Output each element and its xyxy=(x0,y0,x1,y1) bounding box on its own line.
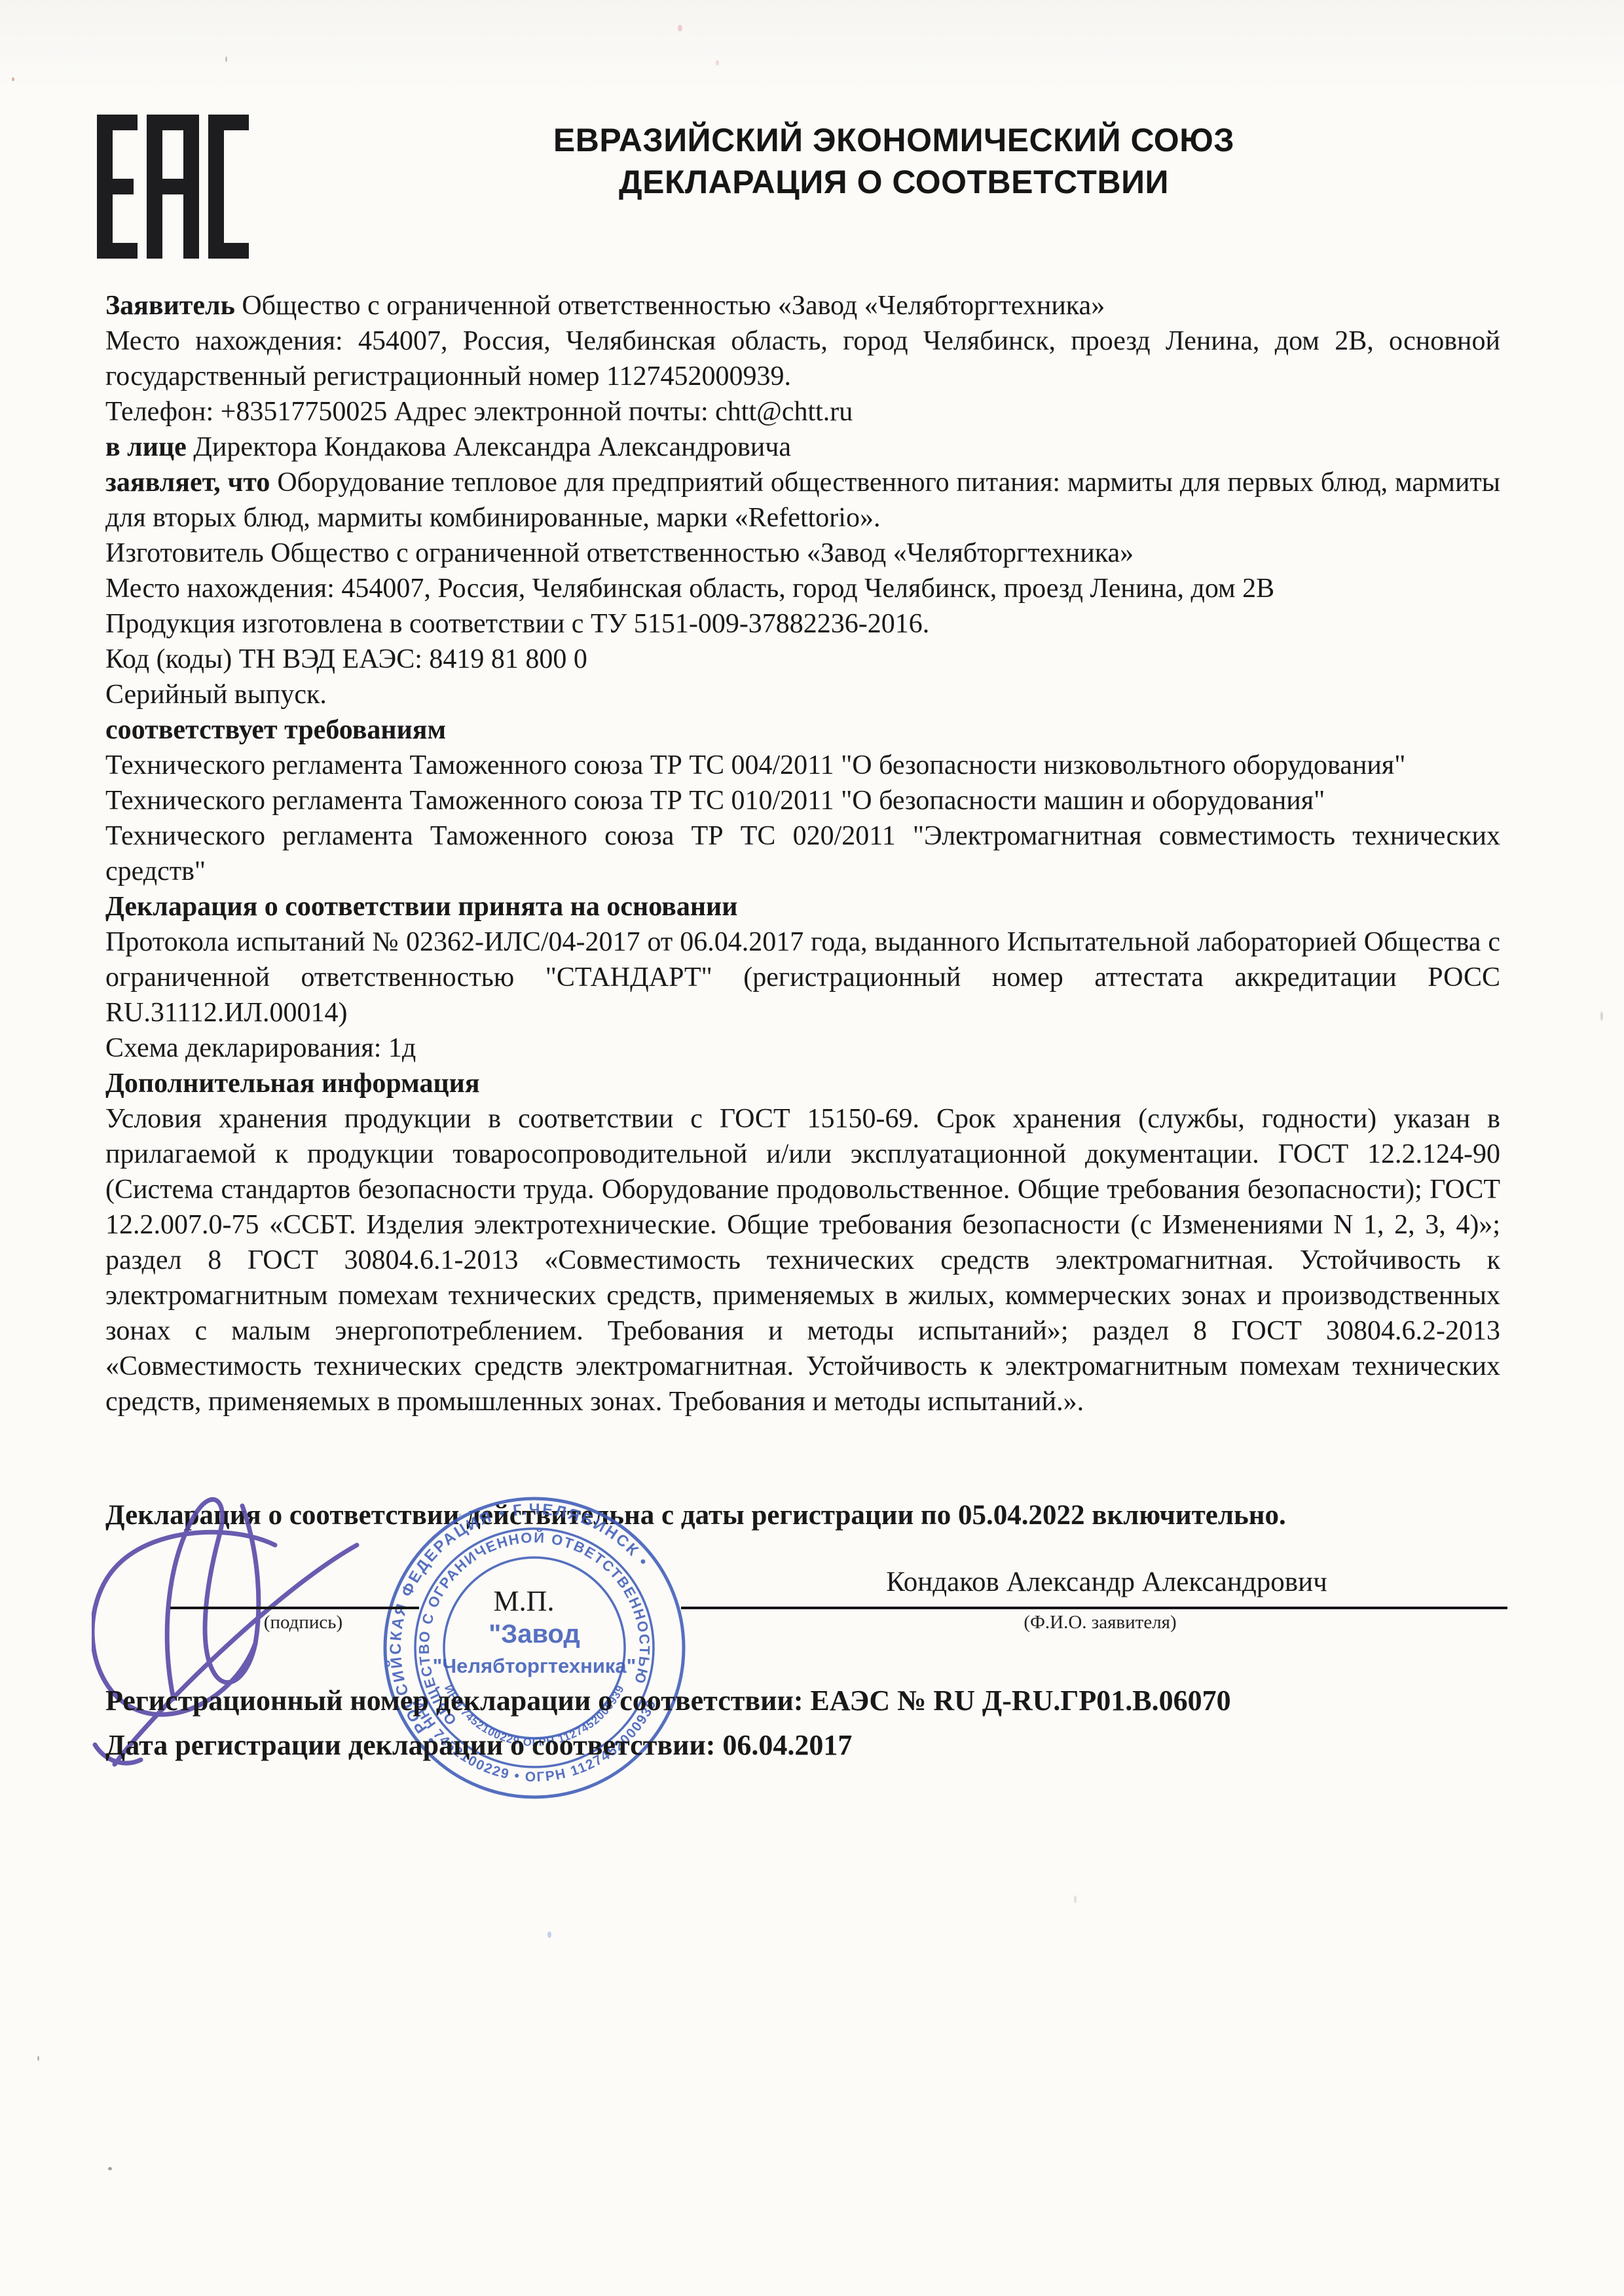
paragraph-text: Технического регламента Таможенного союз… xyxy=(105,750,1405,780)
applicant-caption: (Ф.И.О. заявителя) xyxy=(995,1612,1205,1633)
scan-speck xyxy=(1600,1011,1603,1021)
paragraph-text: Место нахождения: 454007, Россия, Челяби… xyxy=(105,326,1500,392)
body-paragraph: Телефон: +83517750025 Адрес электронной … xyxy=(105,394,1500,429)
scan-speck xyxy=(108,2167,112,2170)
paragraph-text: Изготовитель Общество с ограниченной отв… xyxy=(105,538,1134,568)
registration-date-line: Дата регистрации декларации о соответств… xyxy=(105,1728,1546,1762)
paragraph-text: Место нахождения: 454007, Россия, Челяби… xyxy=(105,574,1274,604)
paragraph-text: Схема декларирования: 1д xyxy=(105,1033,416,1063)
paragraph-lead: соответствует требованиям xyxy=(105,715,446,745)
paragraph-text: Технического регламента Таможенного союз… xyxy=(105,821,1500,886)
paragraph-text: Телефон: +83517750025 Адрес электронной … xyxy=(105,397,853,427)
body-paragraph: Технического регламента Таможенного союз… xyxy=(105,818,1500,889)
paragraph-text: Технического регламента Таможенного союз… xyxy=(105,786,1325,816)
stamp-center-line2: "Челябторгтехника" xyxy=(433,1654,637,1677)
scan-speck xyxy=(716,60,719,65)
body-paragraph: Изготовитель Общество с ограниченной отв… xyxy=(105,536,1500,571)
body-paragraph: заявляет, что Оборудование тепловое для … xyxy=(105,465,1500,536)
paragraph-lead: Декларация о соответствии принята на осн… xyxy=(105,892,737,922)
scan-speck xyxy=(225,56,227,62)
paragraph-text: Серийный выпуск. xyxy=(105,680,327,710)
scan-speck xyxy=(678,25,682,31)
paragraph-text: Код (коды) ТН ВЭД ЕАЭС: 8419 81 800 0 xyxy=(105,644,587,674)
body-paragraph: Схема декларирования: 1д xyxy=(105,1030,1500,1066)
body-paragraph: Продукция изготовлена в соответствии с Т… xyxy=(105,606,1500,642)
signature-line xyxy=(170,1607,419,1609)
body-text: Заявитель Общество с ограниченной ответс… xyxy=(105,288,1500,1419)
paragraph-text: Условия хранения продукции в соответстви… xyxy=(105,1104,1500,1417)
document-title: ЕВРАЗИЙСКИЙ ЭКОНОМИЧЕСКИЙ СОЮЗ ДЕКЛАРАЦИ… xyxy=(164,119,1624,203)
body-paragraph: Дополнительная информация xyxy=(105,1066,1500,1101)
registration-number-line: Регистрационный номер декларации о соотв… xyxy=(105,1684,1546,1717)
paragraph-text: Директора Кондакова Александра Александр… xyxy=(187,432,791,462)
paragraph-lead: Дополнительная информация xyxy=(105,1068,480,1099)
body-paragraph: соответствует требованиям xyxy=(105,712,1500,748)
body-paragraph: Код (коды) ТН ВЭД ЕАЭС: 8419 81 800 0 xyxy=(105,642,1500,677)
body-paragraph: Технического регламента Таможенного союз… xyxy=(105,783,1500,818)
body-paragraph: в лице Директора Кондакова Александра Ал… xyxy=(105,429,1500,465)
body-paragraph: Декларация о соответствии принята на осн… xyxy=(105,889,1500,924)
body-paragraph: Заявитель Общество с ограниченной ответс… xyxy=(105,288,1500,323)
body-paragraph: Условия хранения продукции в соответстви… xyxy=(105,1101,1500,1419)
applicant-name-line xyxy=(681,1607,1507,1609)
paragraph-text: Продукция изготовлена в соответствии с Т… xyxy=(105,609,929,639)
body-paragraph: Технического регламента Таможенного союз… xyxy=(105,748,1500,783)
paragraph-text: Общество с ограниченной ответственностью… xyxy=(235,291,1105,321)
stamp-place-label: М.П. xyxy=(485,1584,563,1618)
scan-speck xyxy=(458,1514,462,1518)
body-paragraph: Протокола испытаний № 02362-ИЛС/04-2017 … xyxy=(105,924,1500,1030)
paragraph-text: Оборудование тепловое для предприятий об… xyxy=(105,467,1500,533)
body-paragraph: Серийный выпуск. xyxy=(105,677,1500,712)
scan-speck xyxy=(1074,1895,1077,1903)
body-paragraph: Место нахождения: 454007, Россия, Челяби… xyxy=(105,571,1500,606)
declaration-document: ЕВРАЗИЙСКИЙ ЭКОНОМИЧЕСКИЙ СОЮЗ ДЕКЛАРАЦИ… xyxy=(0,0,1624,2296)
paragraph-lead: Заявитель xyxy=(105,291,235,321)
paragraph-lead: заявляет, что xyxy=(105,467,270,498)
body-paragraph: Место нахождения: 454007, Россия, Челяби… xyxy=(105,323,1500,394)
paragraph-text: Протокола испытаний № 02362-ИЛС/04-2017 … xyxy=(105,927,1500,1028)
scan-speck xyxy=(12,77,14,81)
signature-caption: (подпись) xyxy=(238,1612,369,1633)
title-union: ЕВРАЗИЙСКИЙ ЭКОНОМИЧЕСКИЙ СОЮЗ xyxy=(164,119,1624,161)
paragraph-lead: в лице xyxy=(105,432,187,462)
stamp-center-line1: "Завод xyxy=(489,1620,580,1649)
applicant-name: Кондаков Александр Александрович xyxy=(864,1566,1349,1598)
title-declaration: ДЕКЛАРАЦИЯ О СООТВЕТСТВИИ xyxy=(164,161,1624,203)
scan-speck xyxy=(547,1931,551,1938)
scan-speck xyxy=(37,2056,39,2061)
